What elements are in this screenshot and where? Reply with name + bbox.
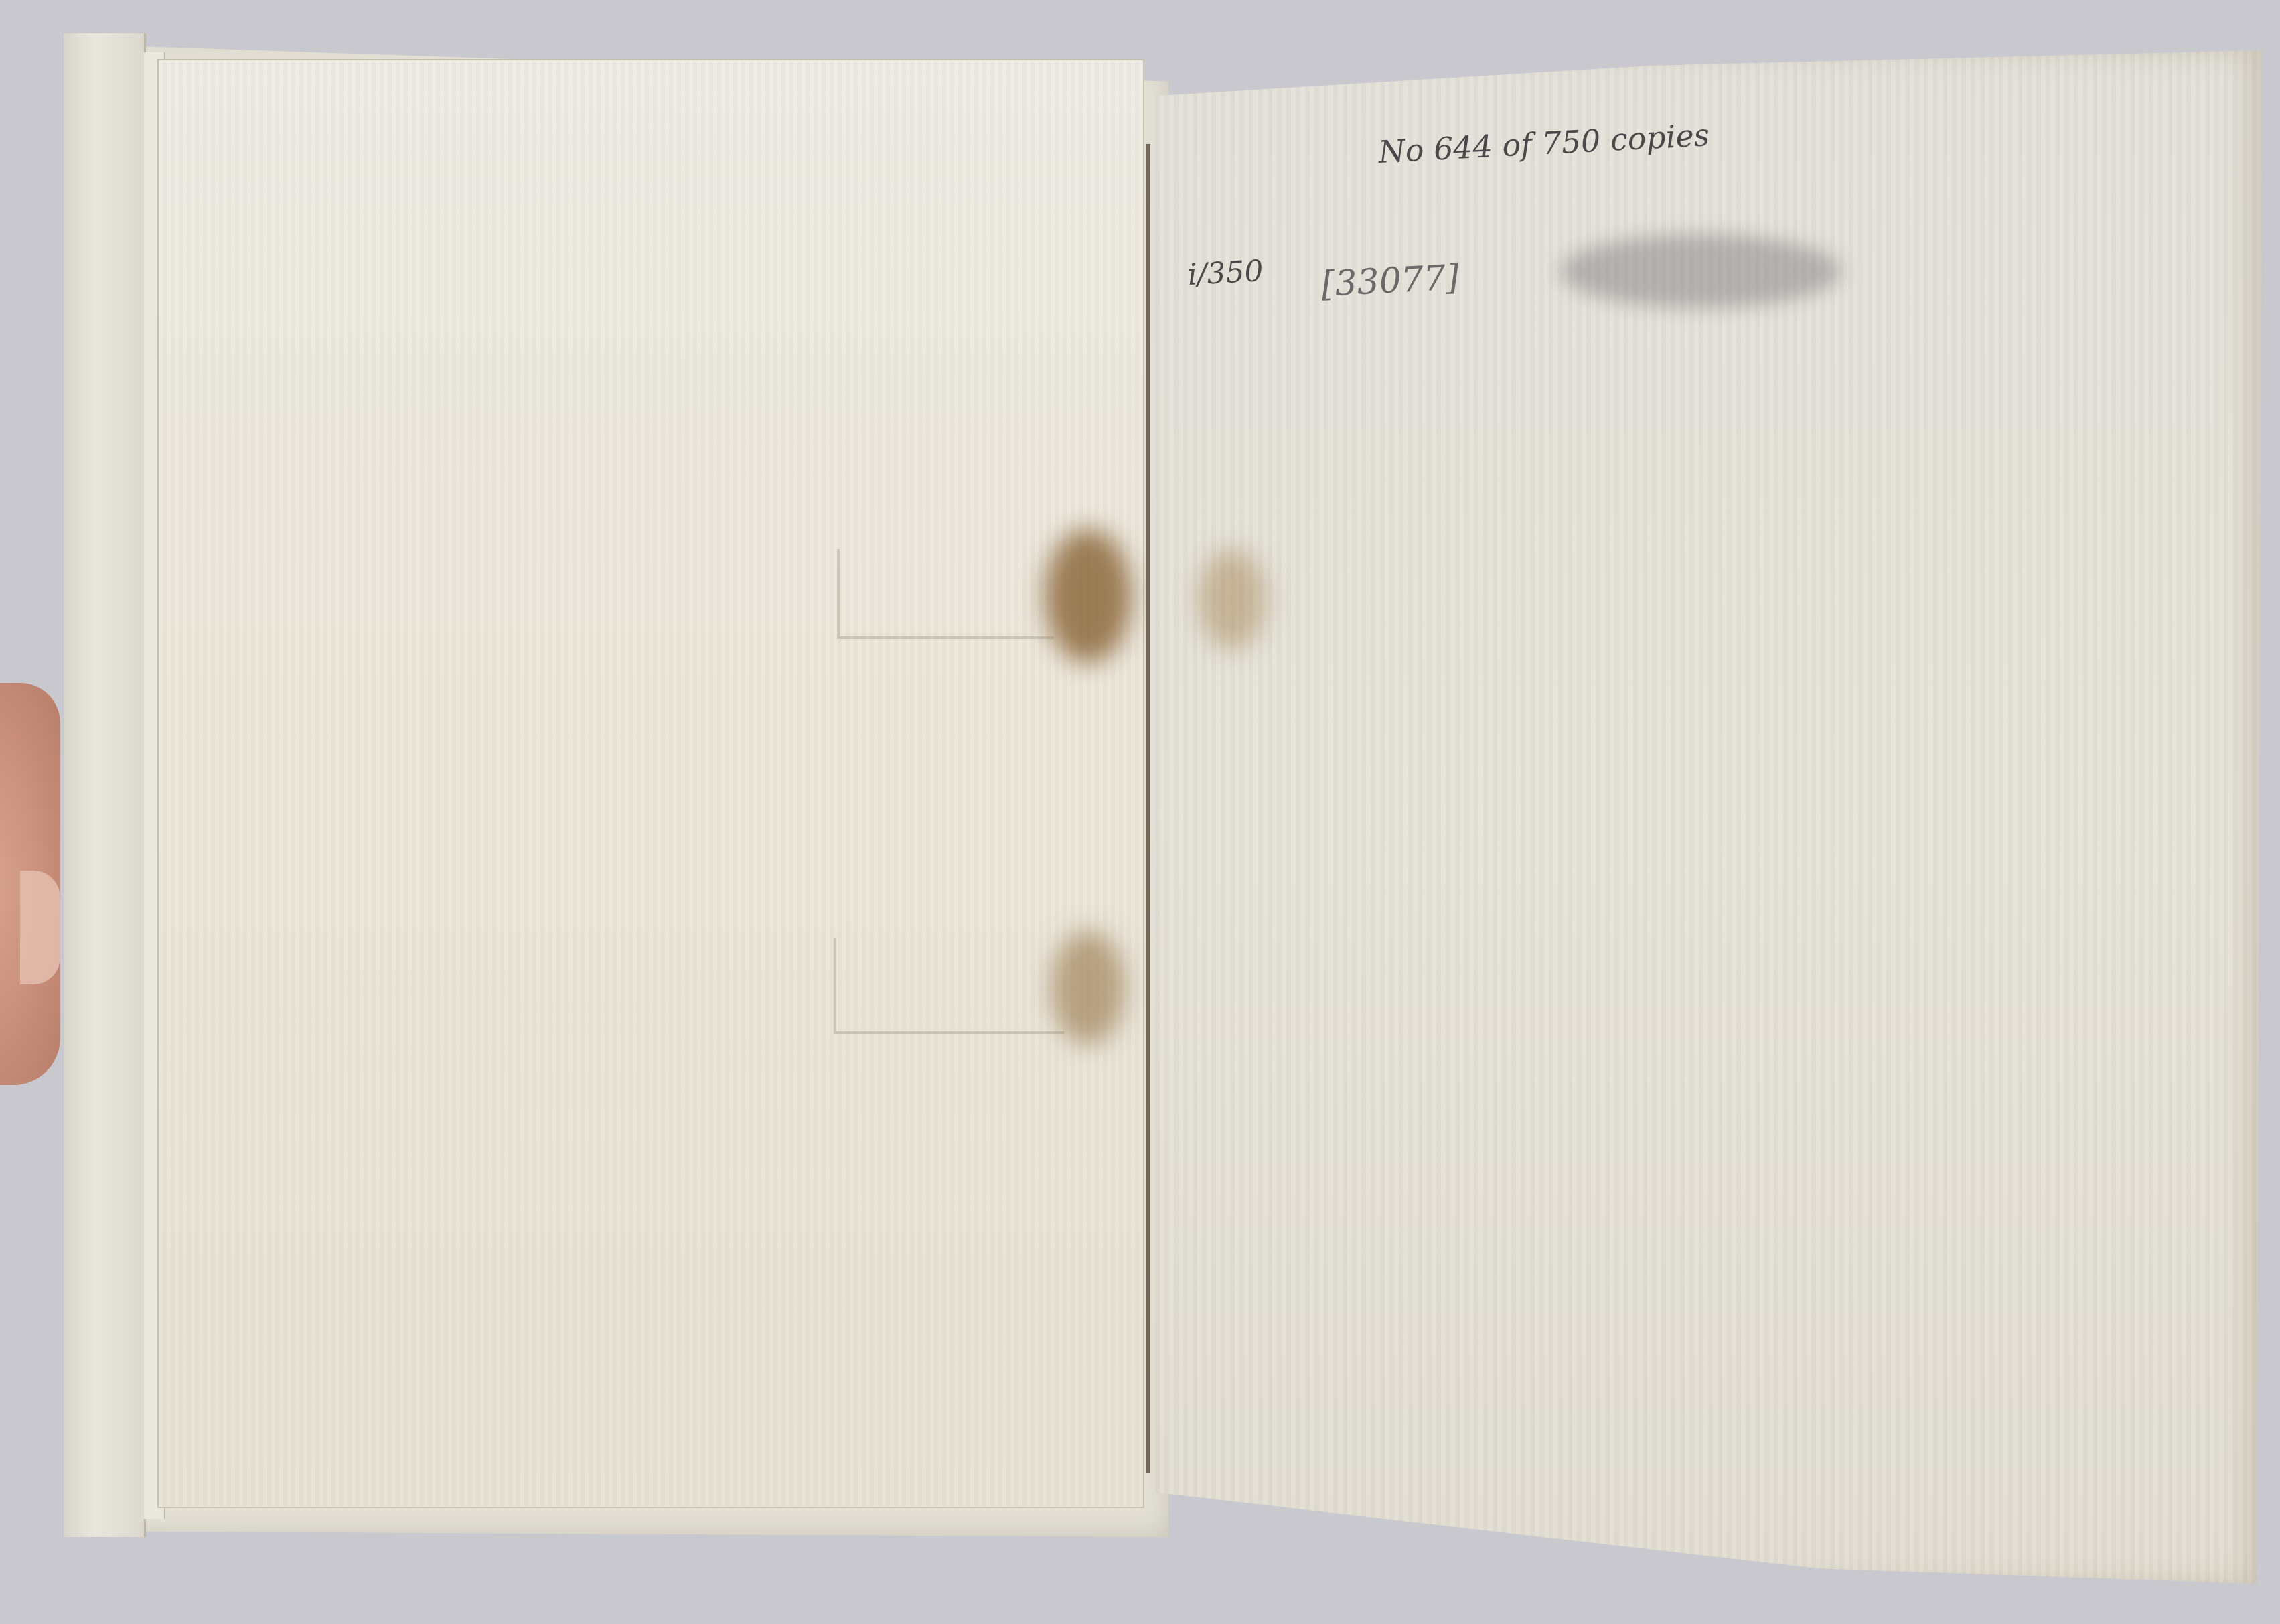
glue-stain-right-upper [1199, 549, 1266, 650]
glue-stain-left-upper [1045, 529, 1132, 663]
page-impression-upper [837, 549, 1054, 639]
page-impression-lower [834, 938, 1064, 1034]
front-pastedown [157, 59, 1144, 1508]
gutter-sewing [1146, 144, 1150, 1473]
glue-stain-left-lower [1051, 931, 1125, 1045]
spine-hinge [64, 33, 146, 1537]
catalogue-number-note: [33077] [1320, 257, 1460, 305]
fraction-note: i/350 [1187, 254, 1264, 292]
thumbnail [20, 871, 60, 984]
erased-pencil-smudge [1560, 234, 1841, 308]
